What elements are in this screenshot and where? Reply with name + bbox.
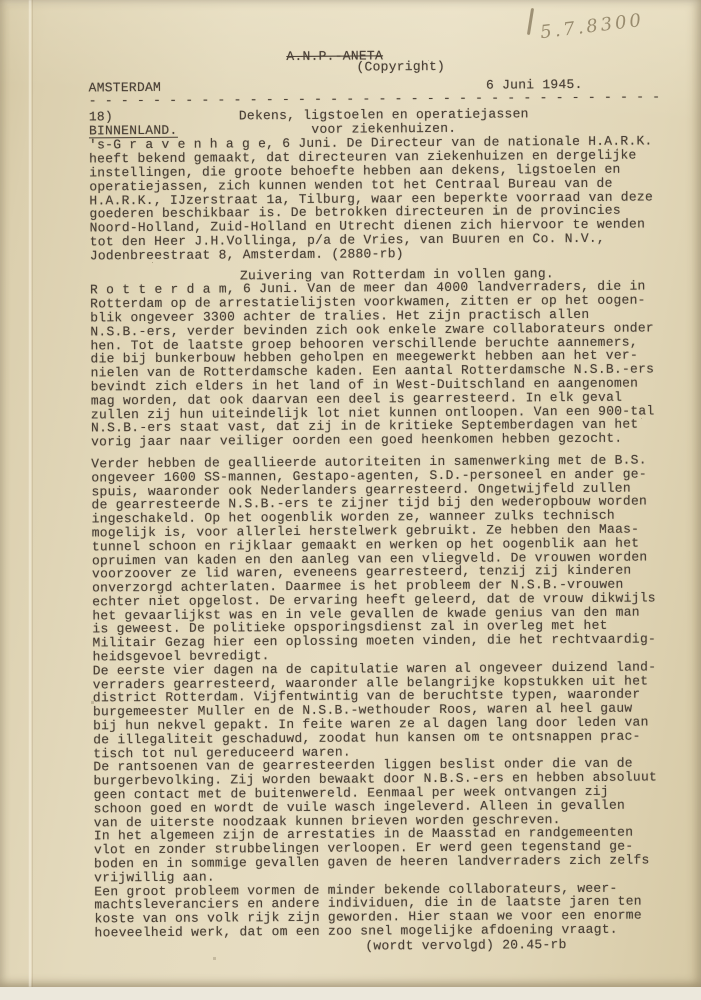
article2-paragraph-5: In het algemeen zijn de arrestaties in d… (94, 826, 666, 885)
section-column: 18) BINNENLAND. (89, 109, 239, 139)
closing-note: (wordt vervolgd) 20.45-rb (95, 937, 667, 955)
article2-paragraph-2: Verder hebben de geallieerde autoriteite… (91, 453, 664, 664)
dashed-divider: - - - - - - - - - - - - - - - - - - - - … (89, 91, 661, 107)
typewritten-content: A.N.P.-ANETA (Copyright) AMSTERDAM 6 Jun… (0, 0, 701, 956)
dateline-city: AMSTERDAM (89, 81, 162, 95)
paper-sheet: 5.7.8300 A.N.P.-ANETA (Copyright) AMSTER… (0, 0, 701, 987)
copyright-note: (Copyright) (356, 60, 445, 74)
article1-body: 's-G r a v e n h a g e, 6 Juni. De Direc… (89, 135, 662, 263)
masthead: A.N.P.-ANETA (Copyright) (88, 45, 660, 81)
item-number: 18) (89, 109, 239, 124)
scanned-page: 5.7.8300 A.N.P.-ANETA (Copyright) AMSTER… (0, 0, 701, 1000)
article2-paragraph-3: De eerste vier dagen na de capitulatie w… (93, 660, 666, 761)
article2-paragraph-6: Een groot probleem vormen de minder beke… (94, 881, 666, 940)
dateline-date: 6 Juni 1945. (486, 78, 583, 92)
article2-paragraph-4: De rantsoenen van de gearresteerden ligg… (93, 757, 665, 830)
article2-paragraph-1: R o t t e r d a m, 6 Juni. Van de meer d… (90, 280, 663, 450)
article1-title: Dekens, ligstoelen en operatiejassen voo… (239, 107, 529, 138)
